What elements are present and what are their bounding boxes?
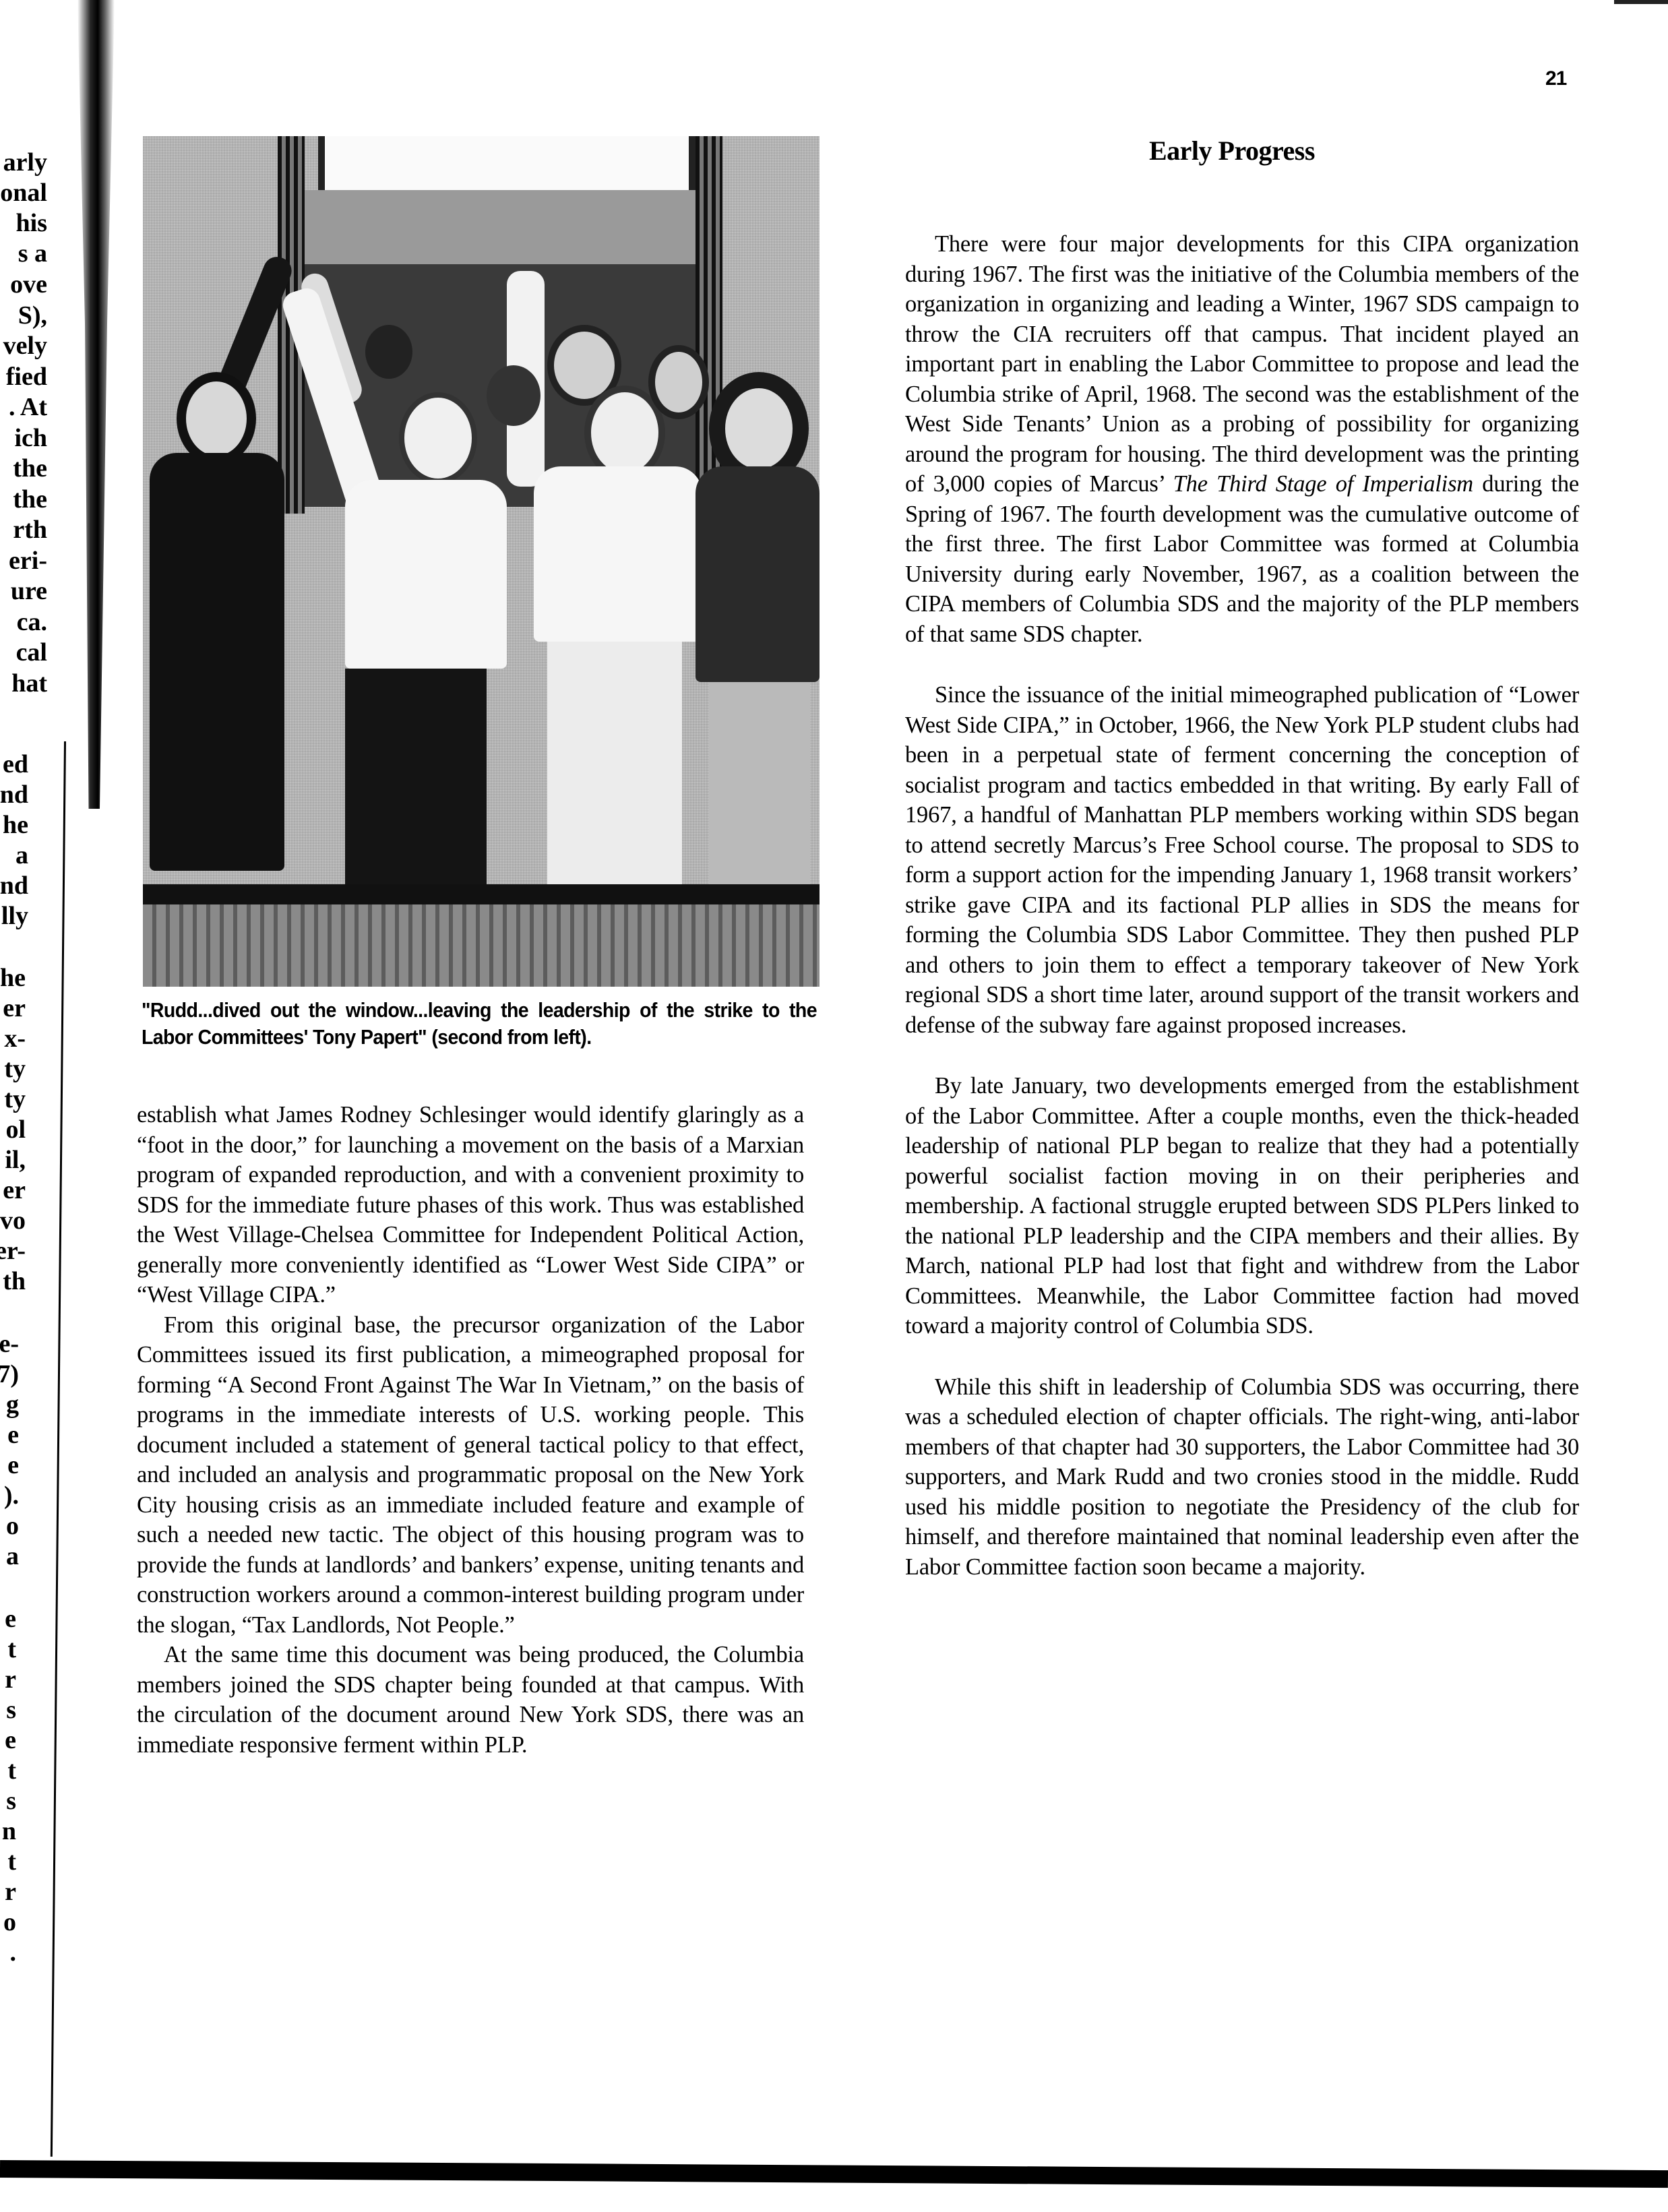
- edge-fragment: ).: [4, 1483, 19, 1508]
- left-column: establish what James Rodney Schlesinger …: [137, 1100, 804, 1760]
- photo-window-sill: [143, 884, 820, 904]
- edge-fragment: his: [16, 210, 47, 236]
- edge-fragment: the: [13, 487, 47, 512]
- edge-fragment: the: [13, 456, 47, 481]
- edge-fragment: t: [7, 1636, 16, 1662]
- edge-fragment: er: [3, 995, 26, 1021]
- photo-person: [150, 251, 298, 884]
- edge-fragment: er-: [0, 1238, 26, 1264]
- edge-fragment: a: [6, 1543, 19, 1569]
- edge-fragment: th: [3, 1268, 26, 1294]
- edge-fragment: ich: [14, 425, 47, 451]
- edge-fragment: he: [3, 812, 28, 838]
- edge-fragment: s: [6, 1697, 16, 1723]
- edge-fragment: t: [7, 1758, 16, 1783]
- edge-fragment: . At: [9, 394, 47, 420]
- edge-fragment: ove: [10, 272, 47, 297]
- edge-fragment: .: [10, 1940, 17, 1965]
- book-title: The Third Stage of Imperialism: [1173, 471, 1473, 497]
- photo-caption: "Rudd...dived out the window...leaving t…: [142, 997, 817, 1051]
- photo-window-top: [318, 136, 696, 190]
- paragraph: There were four major developments for t…: [905, 229, 1579, 649]
- edge-fragment: ty: [4, 1056, 26, 1082]
- edge-fragment: o: [6, 1513, 19, 1539]
- page-number: 21: [1545, 67, 1566, 90]
- scan-corner-smudge: [1614, 0, 1668, 4]
- edge-fragment: nd: [0, 782, 28, 807]
- edge-fragment: ty: [4, 1086, 26, 1112]
- right-column: There were four major developments for t…: [905, 229, 1579, 1613]
- edge-fragment: il,: [5, 1147, 26, 1173]
- edge-fragment: ca.: [17, 609, 47, 635]
- edge-fragment: hat: [11, 671, 47, 696]
- paragraph: From this original base, the precursor o…: [137, 1310, 804, 1640]
- paragraph: Since the issuance of the initial mimeog…: [905, 680, 1579, 1040]
- edge-fragment: g: [6, 1392, 19, 1417]
- edge-fragment: er: [3, 1177, 26, 1203]
- paragraph: While this shift in leadership of Columb…: [905, 1372, 1579, 1583]
- photo-window-lintel: [305, 190, 696, 264]
- edge-fragment: e: [7, 1452, 19, 1478]
- page-gutter-line: [51, 741, 66, 2157]
- edge-fragment: ure: [11, 578, 47, 604]
- edge-fragment: ed: [3, 751, 28, 777]
- paragraph: By late January, two developments emerge…: [905, 1071, 1579, 1341]
- edge-fragment: e: [5, 1727, 16, 1753]
- photo-person: [305, 284, 507, 884]
- edge-fragment: 7): [0, 1361, 19, 1387]
- edge-fragment: rth: [13, 517, 47, 543]
- edge-fragment: nd: [0, 873, 28, 898]
- paragraph: establish what James Rodney Schlesinger …: [137, 1100, 804, 1310]
- edge-fragment: fied: [6, 364, 47, 390]
- edge-fragment: S),: [18, 303, 47, 328]
- edge-fragment: r: [5, 1667, 16, 1692]
- section-heading: Early Progress: [1149, 135, 1315, 166]
- edge-fragment: e-: [0, 1331, 19, 1357]
- paragraph: At the same time this document was being…: [137, 1640, 804, 1760]
- edge-fragment: arly: [3, 150, 47, 175]
- edge-fragment: a: [16, 842, 28, 868]
- edge-fragment: n: [2, 1818, 16, 1844]
- photo-building-ledge: [143, 904, 820, 987]
- edge-fragment: e: [7, 1422, 19, 1448]
- edge-fragment: lly: [1, 903, 28, 929]
- edge-fragment: o: [3, 1909, 16, 1935]
- edge-fragment: t: [7, 1849, 16, 1874]
- edge-fragment: vely: [3, 333, 47, 359]
- binding-shadow: [78, 0, 115, 809]
- scan-bottom-edge: [0, 2160, 1668, 2188]
- paragraph-text: There were four major developments for t…: [905, 231, 1579, 497]
- edge-fragment: s a: [18, 241, 47, 266]
- edge-fragment: onal: [0, 180, 47, 206]
- edge-fragment: e: [5, 1606, 16, 1632]
- photo: [143, 136, 820, 987]
- edge-fragment: eri-: [9, 548, 47, 574]
- edge-fragment: he: [0, 965, 26, 991]
- photo-person: [696, 365, 820, 884]
- paragraph-text: during the Spring of 1967. The fourth de…: [905, 471, 1579, 647]
- edge-fragment: cal: [16, 640, 47, 665]
- edge-fragment: x-: [4, 1026, 26, 1051]
- edge-fragment: ol: [5, 1117, 26, 1142]
- edge-fragment: vo: [0, 1208, 26, 1233]
- edge-fragment: s: [6, 1788, 16, 1814]
- edge-fragment: r: [5, 1879, 16, 1905]
